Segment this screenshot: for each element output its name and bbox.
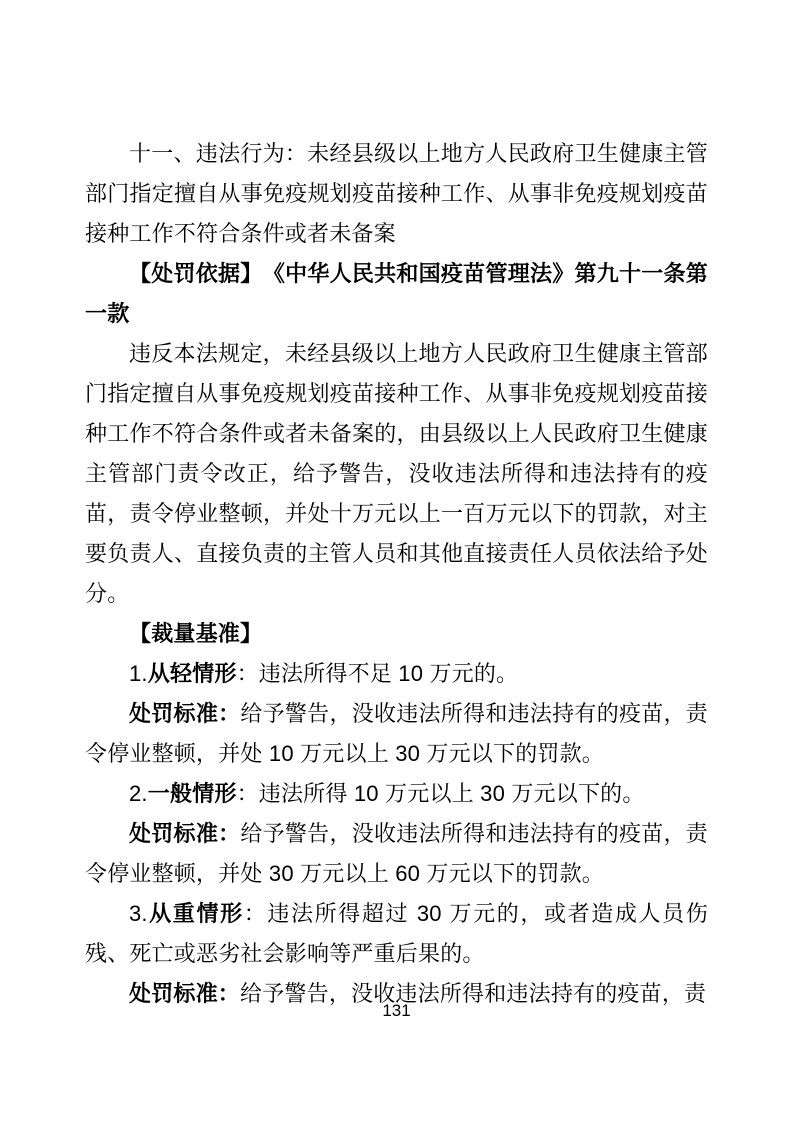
violation-title: 十一、违法行为：未经县级以上地方人民政府卫生健康主管部门指定擅自从事免疫规划疫苗… <box>85 134 708 254</box>
penalty-basis-heading: 【处罚依据】 《中华人民共和国疫苗管理法》第九十一条第一款 <box>85 254 708 334</box>
bold-text-run: 从轻情形 <box>148 661 237 686</box>
bold-text-run: 处罚标准： <box>129 701 240 726</box>
bold-text-run: 从重情形 <box>148 901 244 926</box>
statute-text: 违反本法规定，未经县级以上地方人民政府卫生健康主管部门指定擅自从事免疫规划疫苗接… <box>85 334 708 614</box>
text-run: 2. <box>129 781 148 806</box>
text-run: ：违法所得 10 万元以上 30 万元以下的。 <box>237 781 645 806</box>
general-penalty-standard: 处罚标准：给予警告，没收违法所得和违法持有的疫苗，责令停业整顿，并处 30 万元… <box>85 814 708 894</box>
text-run: 3. <box>129 901 148 926</box>
bold-text-run: 处罚标准： <box>129 821 240 846</box>
general-situation: 2.一般情形：违法所得 10 万元以上 30 万元以下的。 <box>85 774 708 814</box>
bold-text-run: 【处罚依据】 《中华人民共和国疫苗管理法》第九十一条第一款 <box>85 261 708 326</box>
discretion-benchmark-heading: 【裁量基准】 <box>85 614 708 654</box>
lenient-situation: 1.从轻情形：违法所得不足 10 万元的。 <box>85 654 708 694</box>
bold-text-run: 一般情形 <box>148 781 237 806</box>
document-page: 十一、违法行为：未经县级以上地方人民政府卫生健康主管部门指定擅自从事免疫规划疫苗… <box>0 0 793 1122</box>
text-run: 违反本法规定，未经县级以上地方人民政府卫生健康主管部门指定擅自从事免疫规划疫苗接… <box>85 341 708 606</box>
page-number: 131 <box>0 1000 793 1022</box>
text-run: 1. <box>129 661 148 686</box>
document-body: 十一、违法行为：未经县级以上地方人民政府卫生健康主管部门指定擅自从事免疫规划疫苗… <box>85 134 708 1014</box>
bold-text-run: 【裁量基准】 <box>129 621 262 646</box>
severe-situation: 3.从重情形：违法所得超过 30 万元的，或者造成人员伤残、死亡或恶劣社会影响等… <box>85 894 708 974</box>
text-run: 十一、违法行为：未经县级以上地方人民政府卫生健康主管部门指定擅自从事免疫规划疫苗… <box>85 141 708 246</box>
lenient-penalty-standard: 处罚标准：给予警告，没收违法所得和违法持有的疫苗，责令停业整顿，并处 10 万元… <box>85 694 708 774</box>
text-run: ：违法所得不足 10 万元的。 <box>237 661 519 686</box>
